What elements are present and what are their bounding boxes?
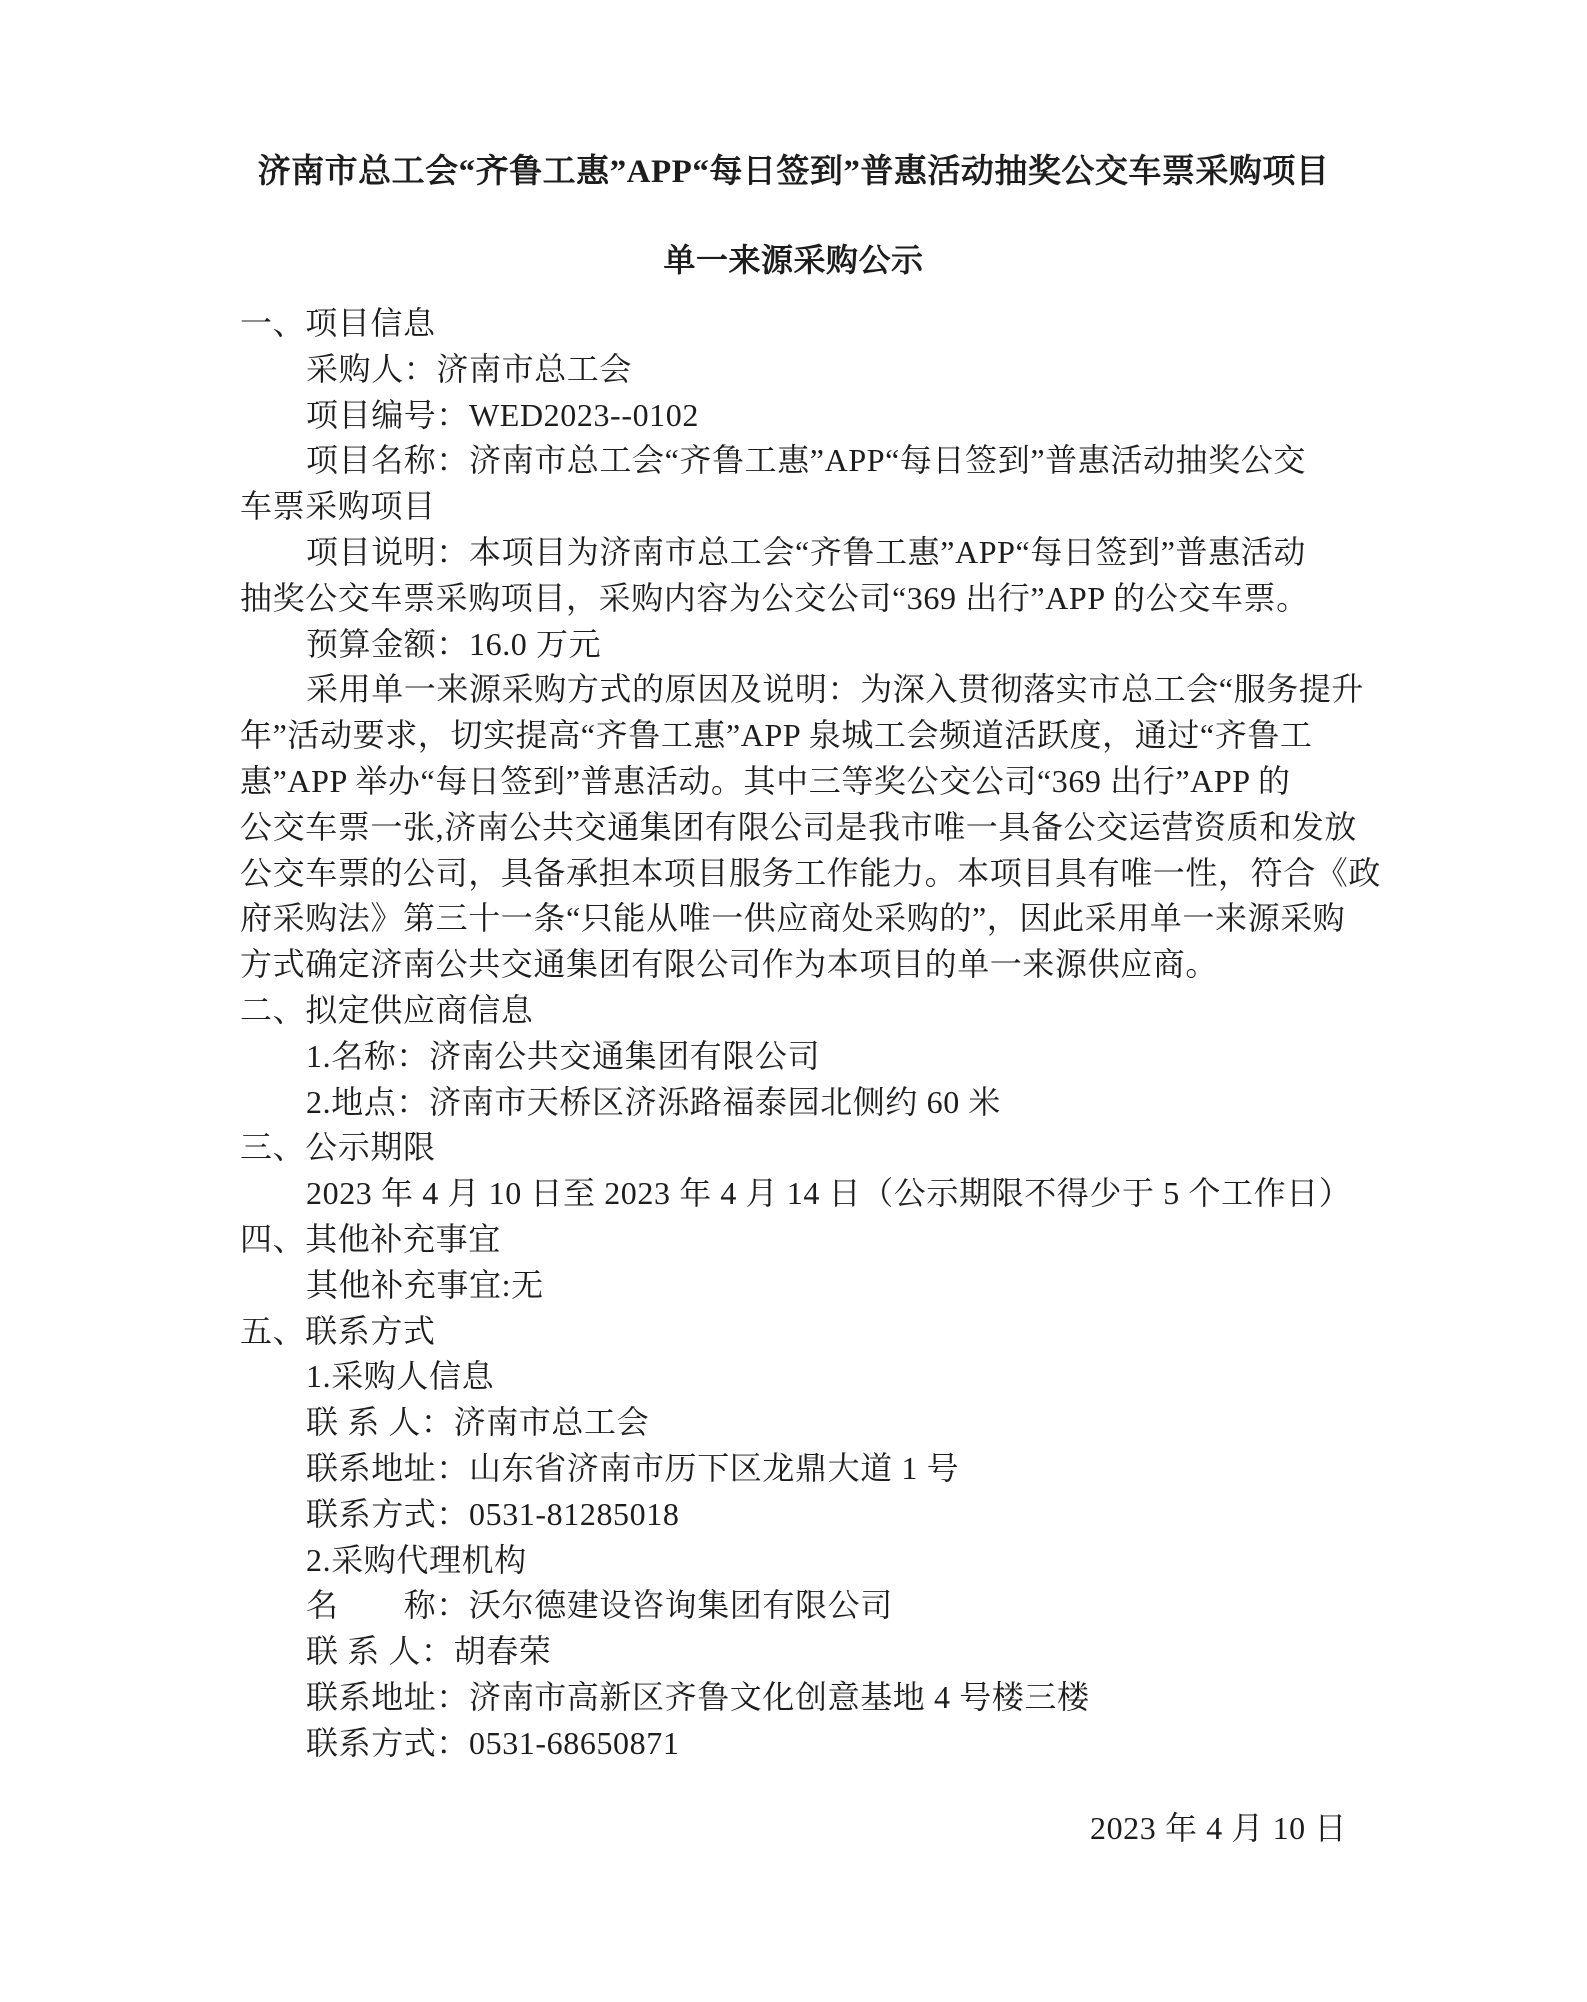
doc-line: 1.名称：济南公共交通集团有限公司 (240, 1034, 1347, 1080)
doc-line: 抽奖公交车票采购项目，采购内容为公交公司“369 出行”APP 的公交车票。 (240, 576, 1347, 622)
doc-line: 公交车票的公司，具备承担本项目服务工作能力。本项目具有唯一性，符合《政 (240, 851, 1347, 897)
doc-line: 采用单一来源采购方式的原因及说明：为深入贯彻落实市总工会“服务提升 (240, 667, 1347, 713)
doc-line: 联 系 人：胡春荣 (240, 1629, 1347, 1675)
doc-line: 项目编号：WED2023--0102 (240, 393, 1347, 439)
doc-line: 2.采购代理机构 (240, 1538, 1347, 1584)
doc-line: 惠”APP 举办“每日签到”普惠活动。其中三等奖公交公司“369 出行”APP … (240, 759, 1347, 805)
doc-line: 联系方式：0531-68650871 (240, 1721, 1347, 1767)
page-subtitle: 单一来源采购公示 (240, 238, 1347, 282)
document-page: 济南市总工会“齐鲁工惠”APP“每日签到”普惠活动抽奖公交车票采购项目 单一来源… (0, 0, 1587, 2002)
doc-line: 1.采购人信息 (240, 1354, 1347, 1400)
doc-line: 府采购法》第三十一条“只能从唯一供应商处采购的”，因此采用单一来源采购 (240, 896, 1347, 942)
doc-line: 联系方式：0531-81285018 (240, 1492, 1347, 1538)
section-heading: 三、公示期限 (240, 1125, 1347, 1171)
doc-line: 名 称：沃尔德建设咨询集团有限公司 (240, 1583, 1347, 1629)
doc-line: 采购人：济南市总工会 (240, 347, 1347, 393)
document-body: 一、项目信息 采购人：济南市总工会 项目编号：WED2023--0102 项目名… (240, 301, 1347, 1767)
section-heading: 二、拟定供应商信息 (240, 988, 1347, 1034)
doc-line: 其他补充事宜:无 (240, 1263, 1347, 1309)
doc-line: 联 系 人：济南市总工会 (240, 1400, 1347, 1446)
section-heading: 五、联系方式 (240, 1309, 1347, 1355)
doc-line: 项目说明：本项目为济南市总工会“齐鲁工惠”APP“每日签到”普惠活动 (240, 530, 1347, 576)
section-heading: 四、其他补充事宜 (240, 1217, 1347, 1263)
doc-line: 2023 年 4 月 10 日至 2023 年 4 月 14 日（公示期限不得少… (240, 1171, 1347, 1217)
section-heading: 一、项目信息 (240, 301, 1347, 347)
page-title: 济南市总工会“齐鲁工惠”APP“每日签到”普惠活动抽奖公交车票采购项目 (240, 150, 1347, 194)
doc-line: 预算金额：16.0 万元 (240, 622, 1347, 668)
doc-line: 方式确定济南公共交通集团有限公司作为本项目的单一来源供应商。 (240, 942, 1347, 988)
document-date: 2023 年 4 月 10 日 (240, 1806, 1347, 1852)
doc-line: 项目名称：济南市总工会“齐鲁工惠”APP“每日签到”普惠活动抽奖公交 (240, 438, 1347, 484)
doc-line: 联系地址：山东省济南市历下区龙鼎大道 1 号 (240, 1446, 1347, 1492)
doc-line: 2.地点：济南市天桥区济泺路福泰园北侧约 60 米 (240, 1080, 1347, 1126)
doc-line: 公交车票一张,济南公共交通集团有限公司是我市唯一具备公交运营资质和发放 (240, 805, 1347, 851)
doc-line: 车票采购项目 (240, 484, 1347, 530)
doc-line: 联系地址：济南市高新区齐鲁文化创意基地 4 号楼三楼 (240, 1675, 1347, 1721)
doc-line: 年”活动要求，切实提高“齐鲁工惠”APP 泉城工会频道活跃度，通过“齐鲁工 (240, 713, 1347, 759)
